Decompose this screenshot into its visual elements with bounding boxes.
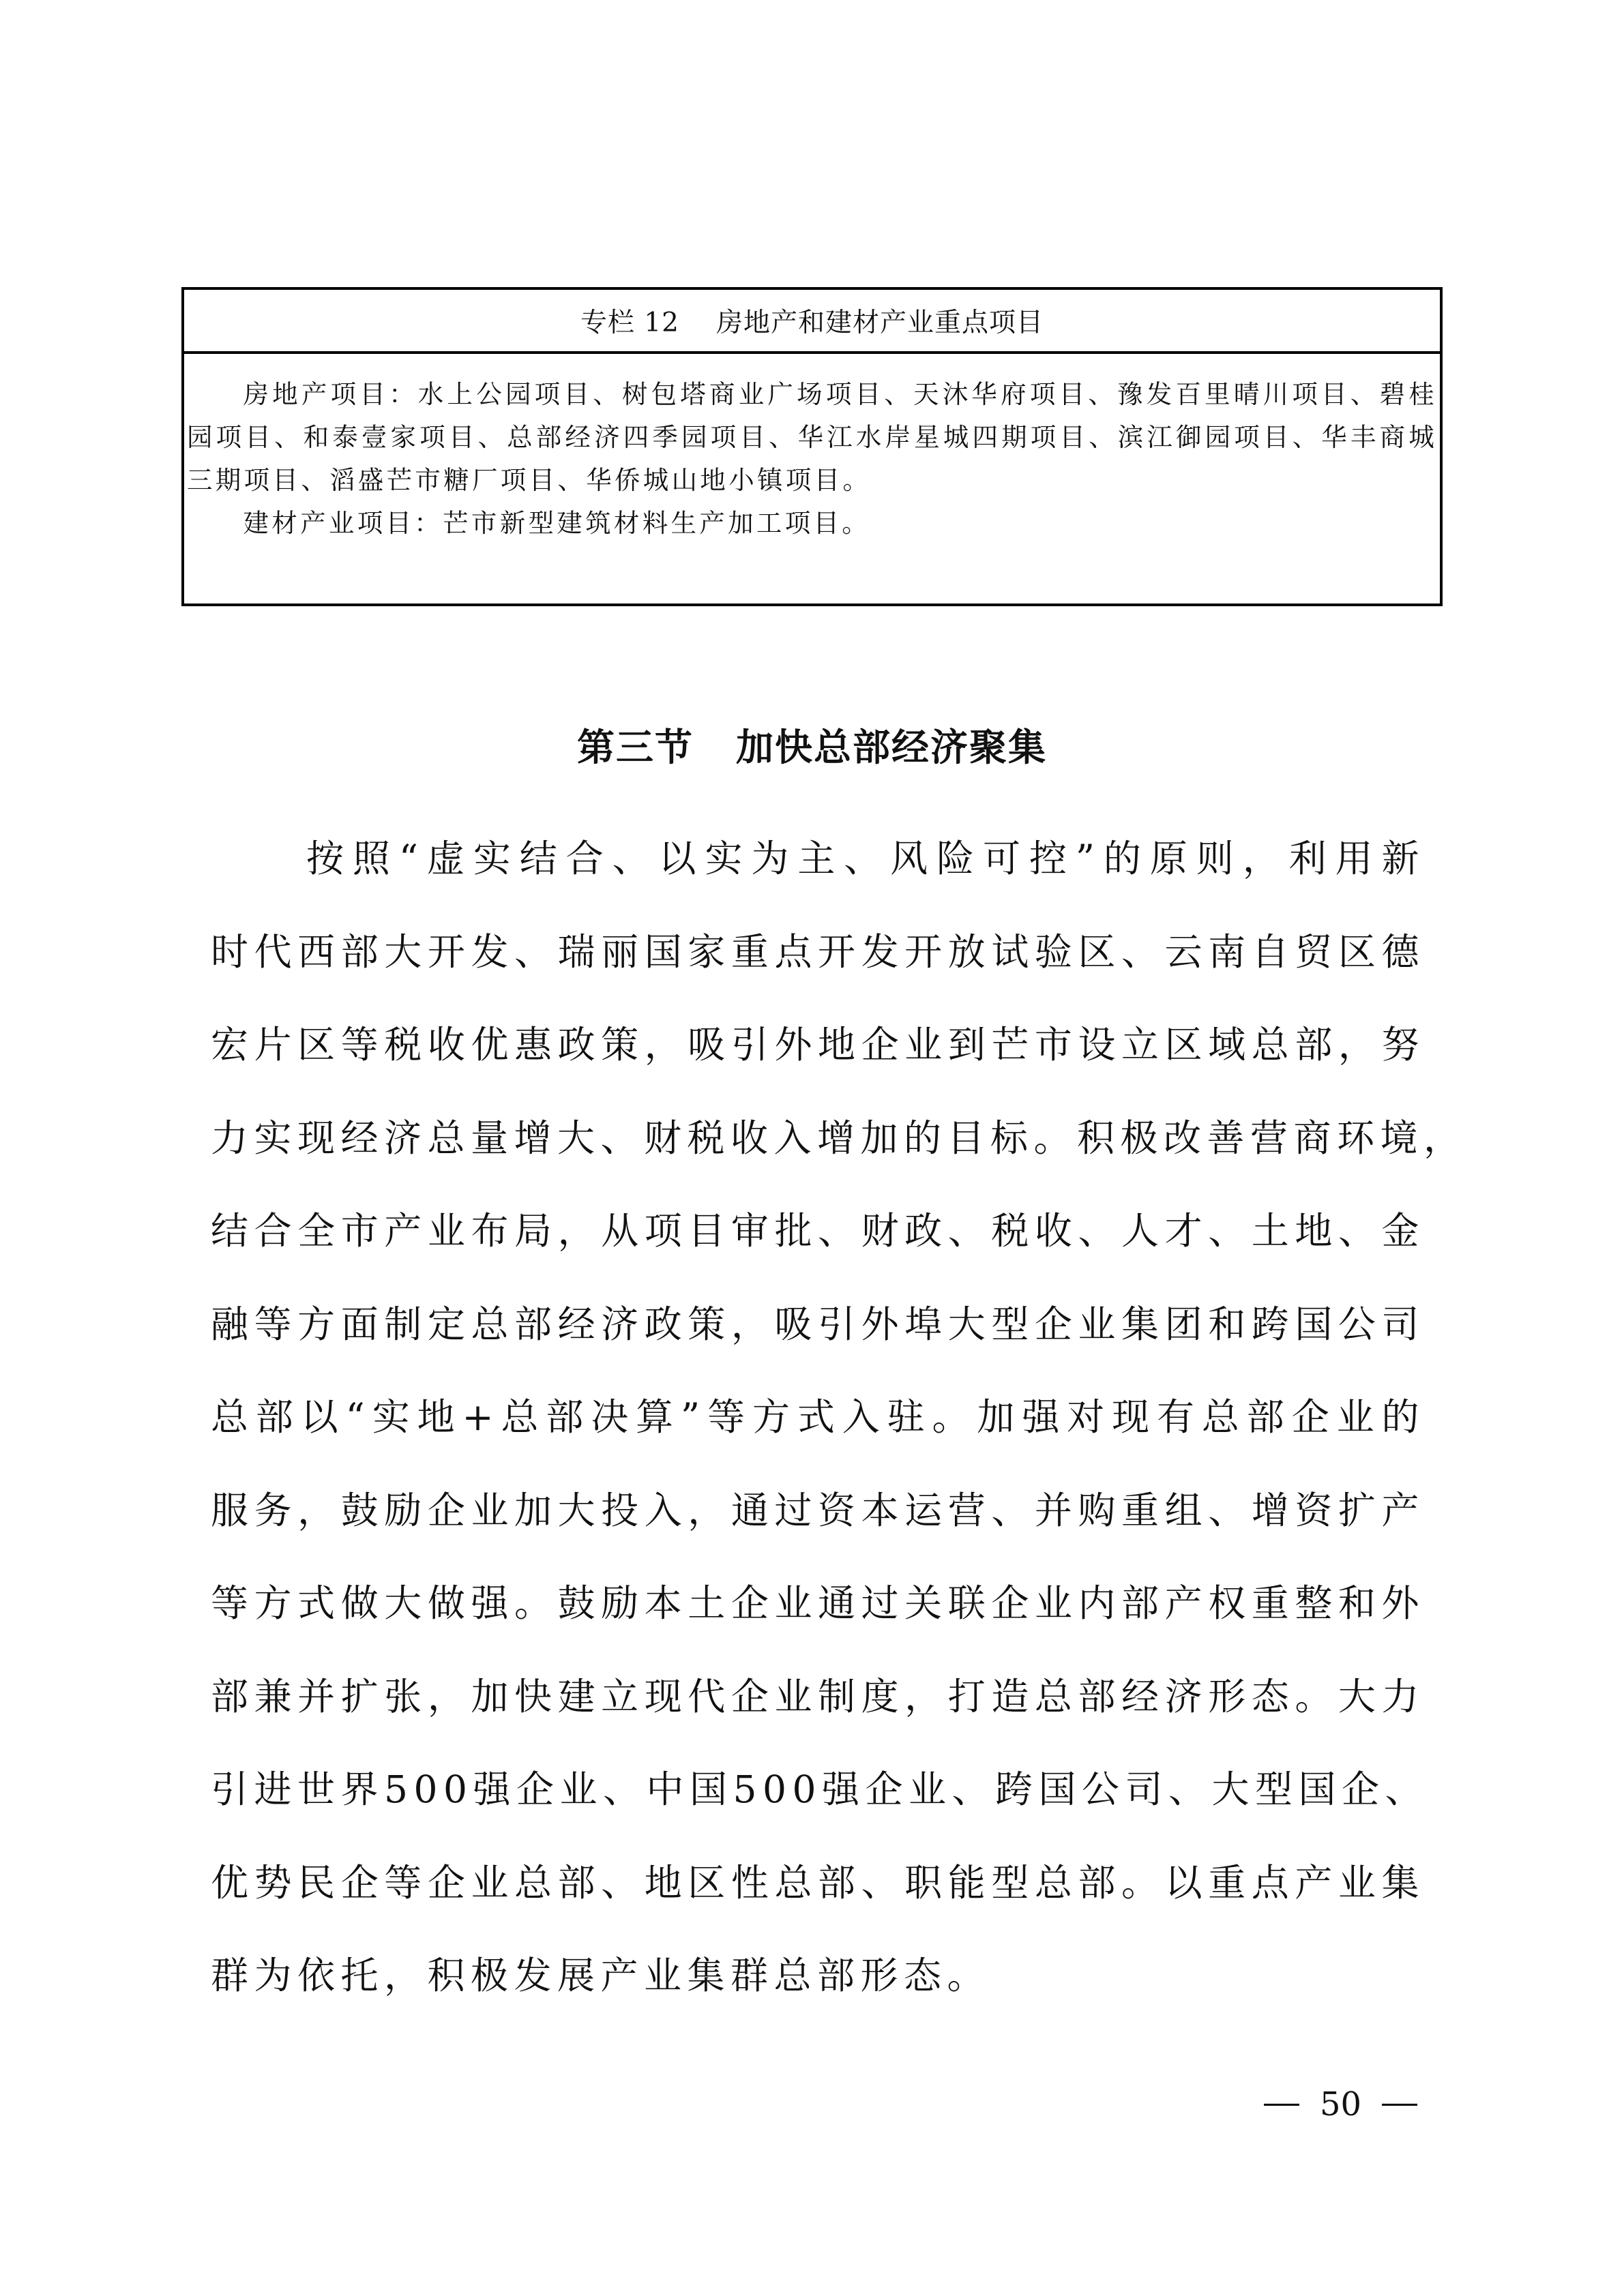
section-title: 加快总部经济聚集 — [736, 726, 1047, 769]
body-line: 按照“虚实结合、以实为主、风险可控”的原则，利用新 — [211, 812, 1425, 906]
body-line: 优势民企等企业总部、地区性总部、职能型总部。以重点产业集 — [211, 1836, 1425, 1930]
column-paragraph-real-estate: 房地产项目：水上公园项目、树包塔商业广场项目、天沐华府项目、豫发百里晴川项目、碧… — [187, 373, 1437, 502]
body-line: 部兼并扩张，加快建立现代企业制度，打造总部经济形态。大力 — [211, 1650, 1425, 1744]
body-line: 引进世界500强企业、中国500强企业、跨国公司、大型国企、 — [211, 1743, 1425, 1836]
body-line: 服务，鼓励企业加大投入，通过资本运营、并购重组、增资扩产 — [211, 1464, 1425, 1557]
feature-column-box: 专栏 12 房地产和建材产业重点项目 房地产项目：水上公园项目、树包塔商业广场项… — [181, 287, 1443, 606]
page-number-dash-right — [1382, 2104, 1417, 2106]
column-label: 专栏 12 — [580, 301, 679, 340]
body-line: 宏片区等税收优惠政策，吸引外地企业到芒市设立区域总部，努 — [211, 998, 1425, 1092]
section-number: 第三节 — [577, 726, 694, 769]
body-paragraph: 按照“虚实结合、以实为主、风险可控”的原则，利用新 时代西部大开发、瑞丽国家重点… — [211, 812, 1425, 2023]
body-line: 力实现经济总量增大、财税收入增加的目标。积极改善营商环境， — [211, 1092, 1425, 1185]
body-line: 总部以“实地+总部决算”等方式入驻。加强对现有总部企业的 — [211, 1371, 1425, 1464]
body-line: 等方式做大做强。鼓励本土企业通过关联企业内部产权重整和外 — [211, 1557, 1425, 1650]
column-body: 房地产项目：水上公园项目、树包塔商业广场项目、天沐华府项目、豫发百里晴川项目、碧… — [184, 354, 1440, 545]
body-line: 群为依托，积极发展产业集群总部形态。 — [211, 1929, 1425, 2023]
section-heading: 第三节加快总部经济聚集 — [0, 717, 1624, 771]
column-title: 房地产和建材产业重点项目 — [716, 301, 1044, 340]
page-number-dash-left — [1264, 2104, 1299, 2106]
column-paragraph-building-materials: 建材产业项目：芒市新型建筑材料生产加工项目。 — [187, 502, 1437, 545]
page-number: 50 — [1264, 2085, 1417, 2123]
column-header: 专栏 12 房地产和建材产业重点项目 — [184, 290, 1440, 354]
document-page: 专栏 12 房地产和建材产业重点项目 房地产项目：水上公园项目、树包塔商业广场项… — [0, 0, 1624, 2296]
page-number-value: 50 — [1320, 2085, 1361, 2123]
body-line: 结合全市产业布局，从项目审批、财政、税收、人才、土地、金 — [211, 1184, 1425, 1278]
body-line: 融等方面制定总部经济政策，吸引外埠大型企业集团和跨国公司 — [211, 1278, 1425, 1371]
body-line: 时代西部大开发、瑞丽国家重点开发开放试验区、云南自贸区德 — [211, 906, 1425, 999]
